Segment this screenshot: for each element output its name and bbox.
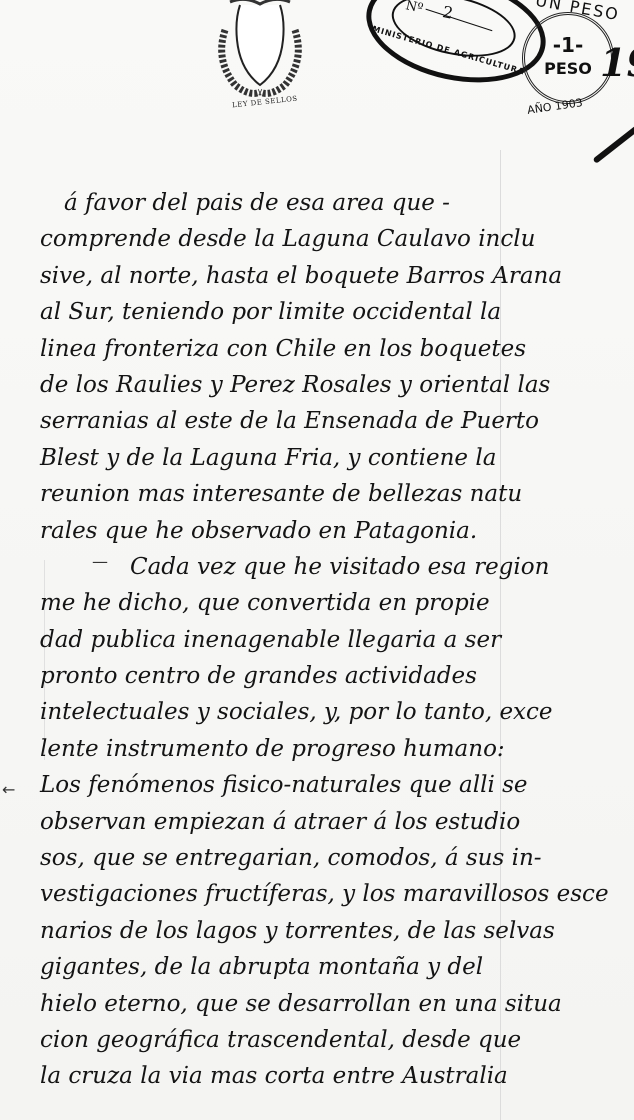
text-line: de los Raulies y Perez Rosales y orienta…	[40, 367, 620, 403]
coat-of-arms-icon	[205, 0, 315, 110]
text-line: linea fronteriza con Chile en los boquet…	[40, 331, 620, 367]
text-line: Los fenómenos fisico-naturales que alli …	[40, 767, 620, 803]
text-line: sive, al norte, hasta el boquete Barros …	[40, 258, 620, 294]
text-line: Blest y de la Laguna Fria, y contiene la	[40, 440, 620, 476]
peso-stamp-unit: PESO	[525, 59, 611, 78]
text-line: reunion mas interesante de bellezas natu	[40, 476, 620, 512]
text-line: comprende desde la Laguna Caulavo inclu	[40, 221, 620, 257]
document-page: LEY DE SELLOS REPÚBLICA ARGENTINA Nº2 MI…	[0, 0, 634, 1120]
text-line: intelectuales y sociales, y, por lo tant…	[40, 694, 620, 730]
peso-stamp-year: AÑO 1903	[526, 96, 583, 117]
margin-arrow-mark: ←	[2, 780, 15, 799]
text-line: me he dicho, que convertida en propie	[40, 585, 620, 621]
text-line: dad publica inenagenable llegaria a ser	[40, 622, 620, 658]
folio-number: 19	[600, 40, 634, 85]
handwritten-body: á favor del pais de esa area que - compr…	[40, 185, 620, 1095]
text-line: lente instrumento de progreso humano:	[40, 731, 620, 767]
text-line: rales que he observado en Patagonia.	[40, 513, 620, 549]
text-line: serranias al este de la Ensenada de Puer…	[40, 403, 620, 439]
text-line: pronto centro de grandes actividades	[40, 658, 620, 694]
text-line: sos, que se entregarian, comodos, á sus …	[40, 840, 620, 876]
text-line: vestigaciones fructíferas, y los maravil…	[40, 876, 620, 912]
peso-stamp-value: -1-	[525, 33, 611, 57]
text-line-paragraph-start: Cada vez que he visitado esa region	[40, 549, 620, 585]
text-line: cion geográfica trascendental, desde que	[40, 1022, 620, 1058]
text-line: observan empiezan á atraer á los estudio	[40, 804, 620, 840]
text-line: hielo eterno, que se desarrollan en una …	[40, 986, 620, 1022]
text-line: la cruza la via mas corta entre Australi…	[40, 1058, 620, 1094]
text-line: gigantes, de la abrupta montaña y del	[40, 949, 620, 985]
folio-pen-stroke	[593, 122, 634, 164]
text-line: á favor del pais de esa area que -	[40, 185, 620, 221]
text-line: al Sur, teniendo por limite occidental l…	[40, 294, 620, 330]
text-line: narios de los lagos y torrentes, de las …	[40, 913, 620, 949]
coat-of-arms-stamp	[205, 0, 315, 110]
